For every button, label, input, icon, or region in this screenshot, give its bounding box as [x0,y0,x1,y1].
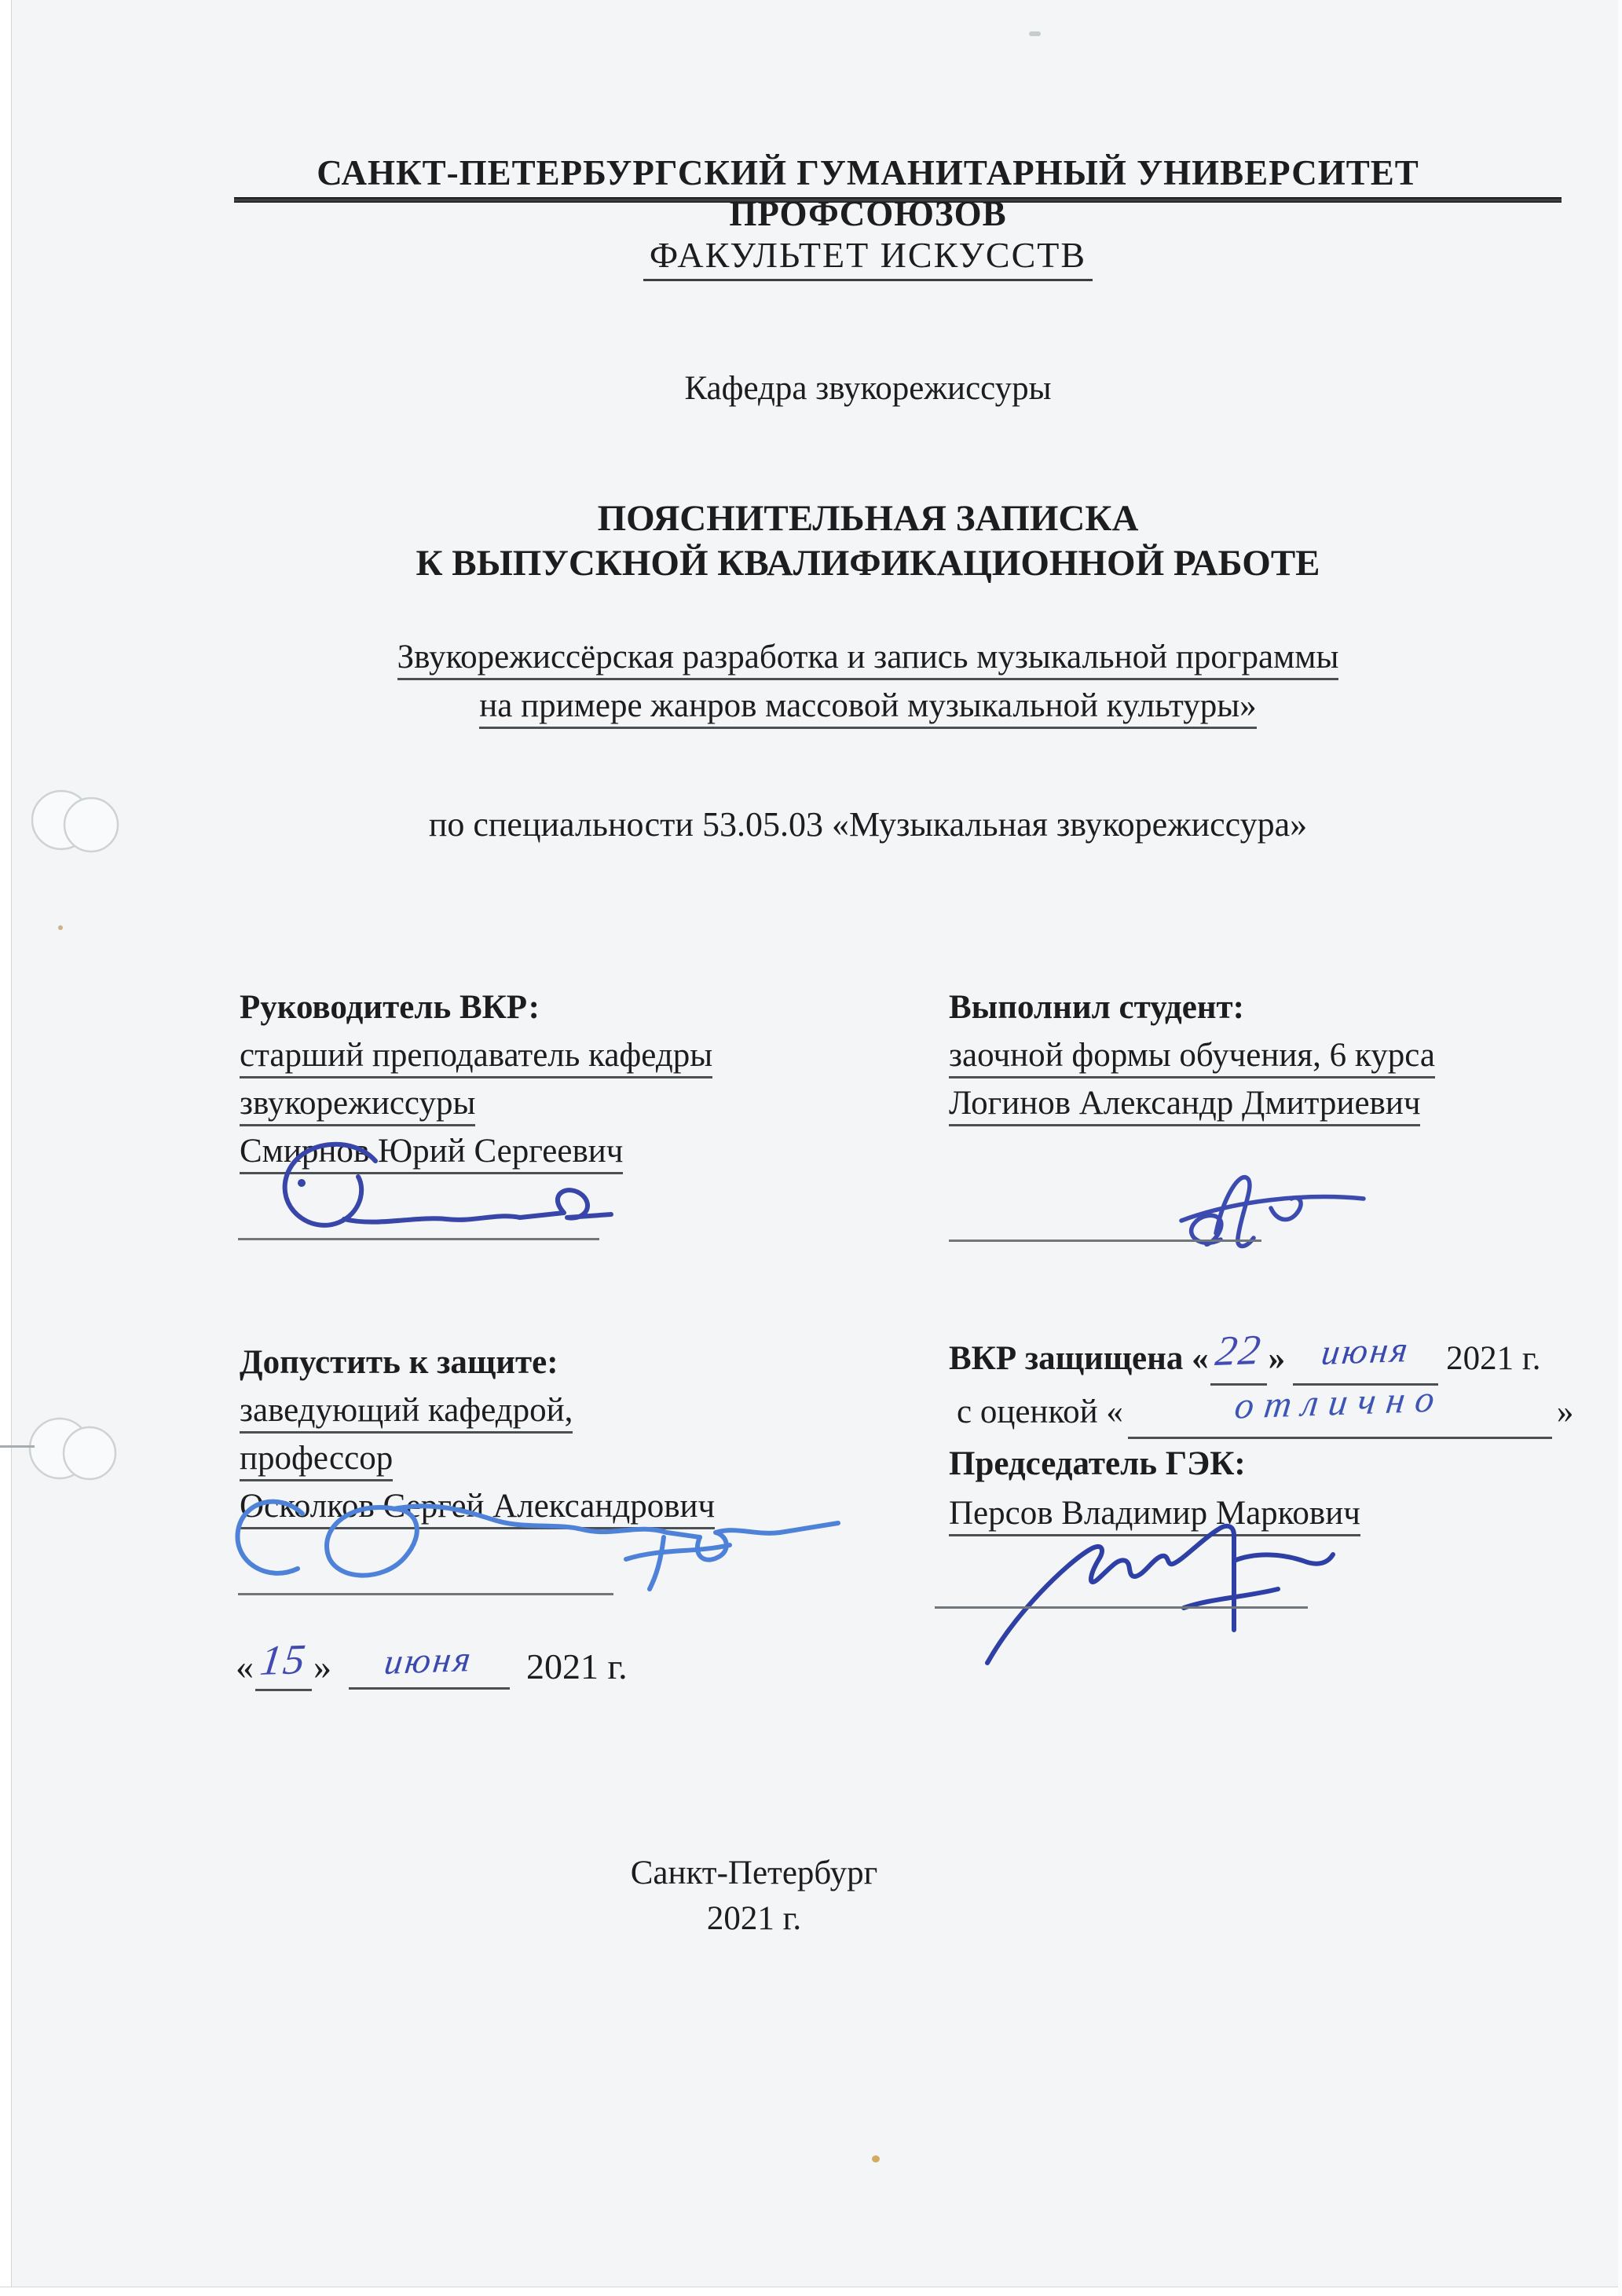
thesis-theme: Звукорежиссёрская разработка и запись му… [189,633,1547,731]
specialty-line: по специальности 53.05.03 «Музыкальная з… [189,804,1547,844]
doc-title-line1: ПОЯСНИТЕЛЬНАЯ ЗАПИСКА [189,496,1547,541]
grade-label: с оценкой « [957,1393,1123,1430]
student-name: Логинов Александр Дмитриевич [949,1085,1420,1126]
scan-edge-bottom [0,2287,1622,2296]
handwritten-month: июня [383,1638,476,1683]
paper-speck [1029,31,1041,36]
admission-date: «15» июня 2021 г. [236,1640,628,1691]
admission-label: Допустить к защите: [240,1338,715,1386]
gec-chair-signature [970,1512,1394,1669]
scan-edge-left [0,0,12,2296]
scan-edge-right [1618,0,1622,2296]
student-info: заочной формы обучения, 6 курса [949,1037,1435,1078]
paper-speck [872,2155,880,2162]
thesis-theme-line1: Звукорежиссёрская разработка и запись му… [397,639,1339,680]
faculty-name-text: ФАКУЛЬТЕТ ИСКУССТВ [643,235,1093,281]
handwritten-defense-day: 22 [1213,1325,1265,1376]
signature-line-defense [935,1606,1308,1609]
gec-chair-label: Председатель ГЭК: [949,1439,1573,1489]
scanned-title-page: САНКТ-ПЕТЕРБУРГСКИЙ ГУМАНИТАРНЫЙ УНИВЕРС… [0,0,1622,2296]
admission-position-line1: заведующий кафедрой, [240,1392,573,1434]
university-name: САНКТ-ПЕТЕРБУРГСКИЙ ГУМАНИТАРНЫЙ УНИВЕРС… [189,152,1547,234]
defense-year: 2021 г. [1446,1340,1540,1377]
admission-position-line2: профессор [240,1440,393,1481]
department-name: Кафедра звукорежиссуры [189,369,1547,408]
student-label: Выполнил студент: [949,983,1435,1031]
footer-year: 2021 г. [200,1896,1308,1942]
handwritten-day: 15 [258,1635,309,1685]
student-block: Выполнил студент: заочной формы обучения… [949,983,1435,1127]
header-rule [234,197,1562,203]
supervisor-label: Руководитель ВКР: [240,983,712,1031]
date-year: 2021 г. [526,1646,628,1686]
defense-close-quote: » [1269,1340,1286,1377]
scan-scratch [0,1445,35,1448]
defense-label: ВКР защищена [949,1340,1183,1377]
supervisor-position-line1: старший преподаватель кафедры [240,1037,712,1078]
defense-block: ВКР защищена «22»июня2021 г. с оценкой «… [949,1331,1573,1538]
date-open-quote: « [236,1646,254,1686]
faculty-name: ФАКУЛЬТЕТ ИСКУССТВ [189,234,1547,276]
signature-line-admission [238,1593,613,1595]
grade-close-quote: » [1557,1393,1574,1430]
department-head-signature [224,1487,852,1597]
punch-hole-top [31,787,126,862]
paper-speck [58,925,63,930]
footer: Санкт-Петербург 2021 г. [200,1851,1308,1942]
defense-open-quote: « [1192,1340,1209,1377]
supervisor-position-line2: звукорежиссуры [240,1085,475,1126]
signature-line-student [949,1240,1261,1242]
supervisor-signature [251,1137,621,1251]
punch-hole-bottom [28,1411,123,1489]
doc-title-line2: К ВЫПУСКНОЙ КВАЛИФИКАЦИОННОЙ РАБОТЕ [189,541,1547,586]
handwritten-defense-month: июня [1319,1324,1413,1377]
thesis-theme-line2: на примере жанров массовой музыкальной к… [479,687,1256,729]
footer-city: Санкт-Петербург [200,1851,1308,1896]
signature-line-supervisor [238,1238,599,1240]
handwritten-grade: отлично [1232,1374,1448,1430]
doc-title: ПОЯСНИТЕЛЬНАЯ ЗАПИСКА К ВЫПУСКНОЙ КВАЛИФ… [189,496,1547,586]
date-close-quote: » [313,1646,331,1686]
